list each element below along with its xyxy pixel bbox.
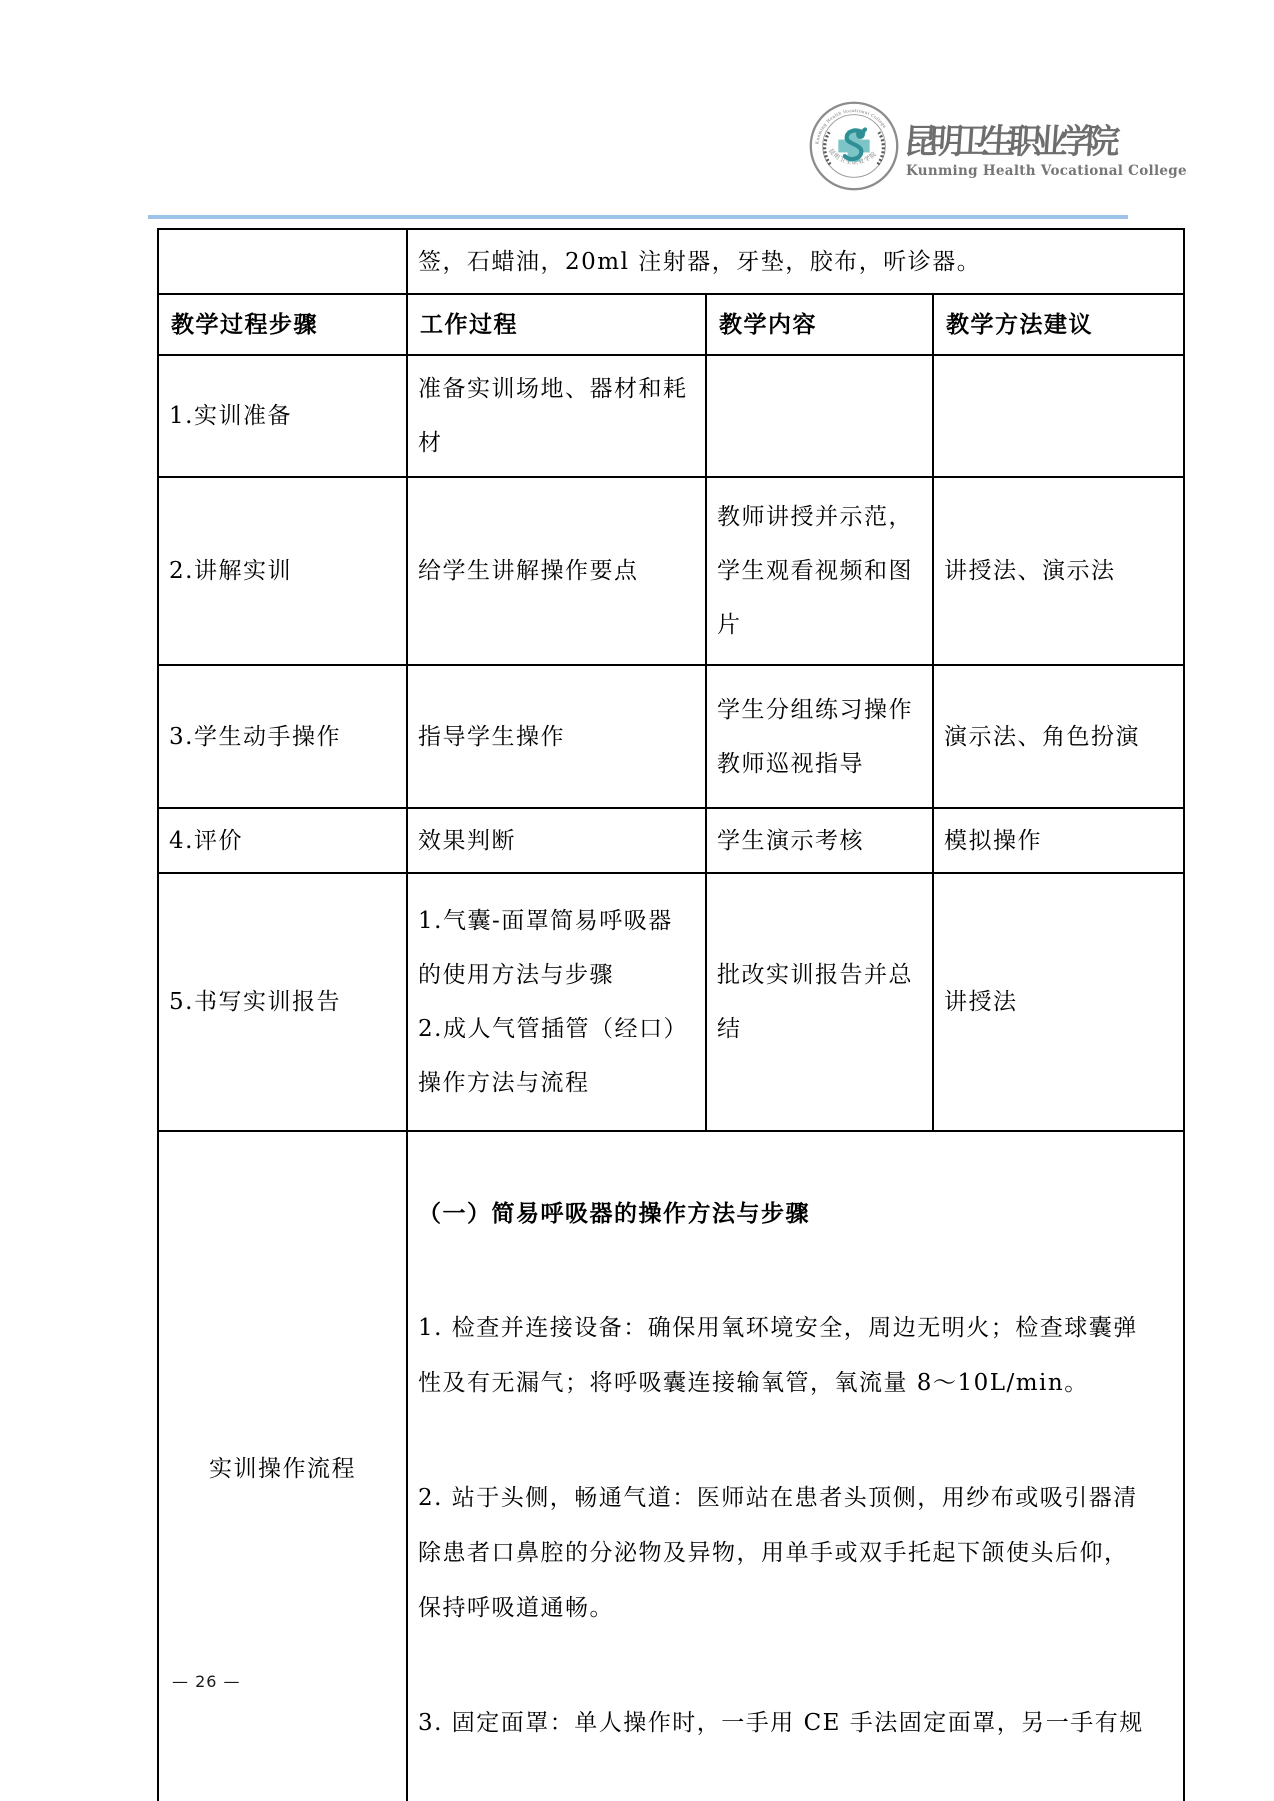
step-cell: 4.评价 xyxy=(158,808,407,873)
table-row: 5.书写实训报告 1.气囊-面罩简易呼吸器 的使用方法与步骤 2.成人气管插管（… xyxy=(158,873,1184,1131)
document-page: Kunming Health Vocational College 昆明卫生职业… xyxy=(0,0,1274,1801)
procedure-step: 3. 固定面罩：单人操作时，一手用 CE 手法固定面罩，另一手有规 xyxy=(418,1696,1173,1751)
table-row-procedure: 实训操作流程 （一）简易呼吸器的操作方法与步骤 1. 检查并连接设备：确保用氧环… xyxy=(158,1131,1184,1801)
content-cell xyxy=(706,355,933,477)
col-header-method: 教学方法建议 xyxy=(933,294,1184,355)
procedure-row-label: 实训操作流程 xyxy=(158,1131,407,1801)
col-header-content: 教学内容 xyxy=(706,294,933,355)
table-row: 1.实训准备 准备实训场地、器材和耗 材 xyxy=(158,355,1184,477)
content-cell: 批改实训报告并总 结 xyxy=(706,873,933,1131)
work-cell: 准备实训场地、器材和耗 材 xyxy=(407,355,706,477)
table-header-row: 教学过程步骤 工作过程 教学内容 教学方法建议 xyxy=(158,294,1184,355)
content-cell: 学生演示考核 xyxy=(706,808,933,873)
method-cell: 模拟操作 xyxy=(933,808,1184,873)
page-number: — 26 — xyxy=(172,1672,241,1691)
work-cell: 指导学生操作 xyxy=(407,665,706,808)
procedure-section-heading: （一）简易呼吸器的操作方法与步骤 xyxy=(418,1186,1173,1241)
table-row-materials: 签，石蜡油，20ml 注射器，牙垫，胶布，听诊器。 xyxy=(158,229,1184,294)
content-cell: 教师讲授并示范， 学生观看视频和图 片 xyxy=(706,477,933,665)
table-row: 3.学生动手操作 指导学生操作 学生分组练习操作 教师巡视指导 演示法、角色扮演 xyxy=(158,665,1184,808)
col-header-work: 工作过程 xyxy=(407,294,706,355)
work-cell: 1.气囊-面罩简易呼吸器 的使用方法与步骤 2.成人气管插管（经口） 操作方法与… xyxy=(407,873,706,1131)
lesson-plan-table: 签，石蜡油，20ml 注射器，牙垫，胶布，听诊器。 教学过程步骤 工作过程 教学… xyxy=(157,228,1185,1801)
procedure-content-cell: （一）简易呼吸器的操作方法与步骤 1. 检查并连接设备：确保用氧环境安全，周边无… xyxy=(407,1131,1184,1801)
method-cell: 演示法、角色扮演 xyxy=(933,665,1184,808)
college-name-english: Kunming Health Vocational College xyxy=(906,163,1187,179)
content-cell: 学生分组练习操作 教师巡视指导 xyxy=(706,665,933,808)
procedure-step: 1. 检查并连接设备：确保用氧环境安全，周边无明火；检查球囊弹 性及有无漏气；将… xyxy=(418,1301,1173,1411)
step-cell: 5.书写实训报告 xyxy=(158,873,407,1131)
col-header-step: 教学过程步骤 xyxy=(158,294,407,355)
method-cell: 讲授法、演示法 xyxy=(933,477,1184,665)
empty-cell xyxy=(158,229,407,294)
work-cell: 给学生讲解操作要点 xyxy=(407,477,706,665)
table-row: 2.讲解实训 给学生讲解操作要点 教师讲授并示范， 学生观看视频和图 片 讲授法… xyxy=(158,477,1184,665)
procedure-step: 2. 站于头侧，畅通气道：医师站在患者头顶侧，用纱布或吸引器清 除患者口鼻腔的分… xyxy=(418,1471,1173,1636)
step-cell: 1.实训准备 xyxy=(158,355,407,477)
header-rule-line xyxy=(148,215,1128,219)
method-cell xyxy=(933,355,1184,477)
college-seal-logo: Kunming Health Vocational College 昆明卫生职业… xyxy=(808,100,900,192)
materials-continued-cell: 签，石蜡油，20ml 注射器，牙垫，胶布，听诊器。 xyxy=(407,229,1184,294)
step-cell: 2.讲解实训 xyxy=(158,477,407,665)
college-name-calligraphy: 昆明卫生职业学院 xyxy=(902,114,1135,163)
table-row: 4.评价 效果判断 学生演示考核 模拟操作 xyxy=(158,808,1184,873)
method-cell: 讲授法 xyxy=(933,873,1184,1131)
work-cell: 效果判断 xyxy=(407,808,706,873)
step-cell: 3.学生动手操作 xyxy=(158,665,407,808)
